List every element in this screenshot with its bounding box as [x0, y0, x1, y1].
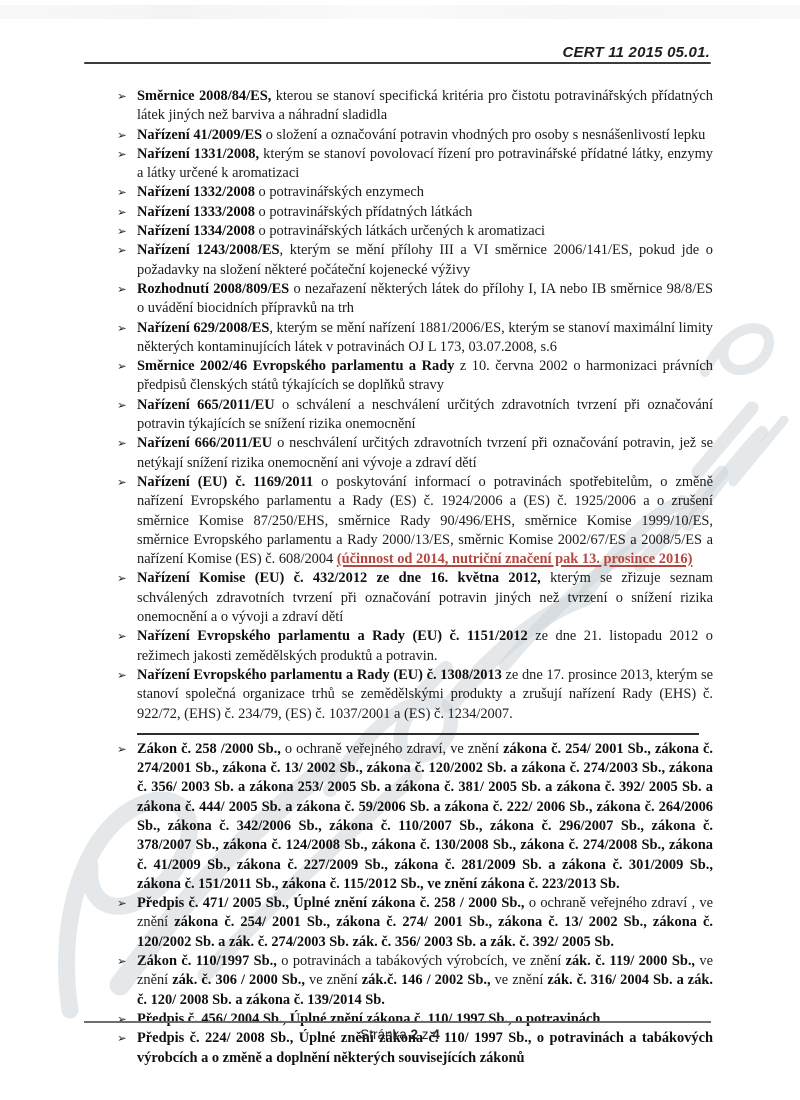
list-item: ➢Zákon č. 258 /2000 Sb., o ochraně veřej… — [118, 740, 713, 894]
text-segment: zák. č. 119/ 2000 Sb., — [566, 953, 695, 969]
list-item: ➢Nařízení Komise (EU) č. 432/2012 ze dne… — [118, 569, 713, 627]
list-item: ➢Nařízení 1334/2008 o potravinářských lá… — [118, 222, 713, 241]
text-segment: o složení a označování potravin vhodných… — [262, 127, 705, 143]
text-segment: Předpis č. 456/ 2004 Sb., Úplné znění zá… — [137, 1011, 600, 1027]
text-segment: zákona č. 254/ 2001 Sb., zákona č. 274/2… — [137, 741, 713, 892]
text-segment: Nařízení 1332/2008 — [137, 184, 255, 200]
list-item: ➢Nařízení 1331/2008, kterým se stanoví p… — [118, 145, 713, 184]
arrow-bullet-icon: ➢ — [117, 668, 127, 683]
arrow-bullet-icon: ➢ — [117, 629, 127, 644]
list-item: ➢Nařízení 666/2011/EU o neschválení urči… — [118, 434, 713, 473]
text-segment: o ochraně veřejného zdraví, ve znění — [281, 741, 503, 757]
list-item: ➢Nařízení (EU) č. 1169/2011 o poskytován… — [118, 473, 713, 569]
arrow-bullet-icon: ➢ — [117, 436, 127, 451]
arrow-bullet-icon: ➢ — [117, 128, 127, 143]
current-page-number: 2 — [410, 1027, 418, 1042]
list-item: ➢Nařízení 1333/2008 o potravinářských př… — [118, 203, 713, 222]
arrow-bullet-icon: ➢ — [117, 571, 127, 586]
text-segment: o potravinářských přídatných látkách — [255, 204, 472, 220]
document-page: CERT 11 2015 05.01. ➢Směrnice 2008/84/ES… — [0, 0, 800, 1100]
arrow-bullet-icon: ➢ — [117, 896, 127, 911]
list-item: ➢Nařízení 665/2011/EU o schválení a nesc… — [118, 396, 713, 435]
text-segment: Zákon č. 110/1997 Sb., — [137, 953, 277, 969]
total-page-number: 4 — [432, 1027, 440, 1042]
arrow-bullet-icon: ➢ — [117, 321, 127, 336]
arrow-bullet-icon: ➢ — [117, 147, 127, 162]
text-segment: zákona č. 254/ 2001 Sb., zákona č. 274/ … — [137, 914, 713, 949]
text-segment: o potravinářských látkách určených k aro… — [255, 223, 545, 239]
text-segment: Zákon č. 258 /2000 Sb., — [137, 741, 281, 757]
text-segment: Nařízení Evropského parlamentu a Rady (E… — [137, 628, 528, 644]
eu-legislation-list: ➢Směrnice 2008/84/ES, kterou se stanoví … — [118, 87, 713, 724]
page-indicator: Stránka 2 z 4 — [0, 1027, 800, 1042]
list-item: ➢Rozhodnutí 2008/809/ES o nezařazení něk… — [118, 280, 713, 319]
list-item: ➢Nařízení 41/2009/ES o složení a označov… — [118, 126, 713, 145]
text-segment: Nařízení Komise (EU) č. 432/2012 ze dne … — [137, 570, 541, 586]
text-segment: Nařízení 41/2009/ES — [137, 127, 262, 143]
text-segment: Nařízení 629/2008/ES — [137, 320, 269, 336]
text-segment: zák.č. 146 / 2002 Sb., — [362, 972, 491, 988]
arrow-bullet-icon: ➢ — [117, 398, 127, 413]
list-item: ➢Nařízení Evropského parlamentu a Rady (… — [118, 627, 713, 666]
arrow-bullet-icon: ➢ — [117, 185, 127, 200]
text-segment: Nařízení 1333/2008 — [137, 204, 255, 220]
arrow-bullet-icon: ➢ — [117, 475, 127, 490]
text-segment: Nařízení 666/2011/EU — [137, 435, 272, 451]
highlighted-note: (účinnost od 2014, nutriční značení pak … — [337, 551, 693, 567]
list-item: ➢Nařízení 1332/2008 o potravinářských en… — [118, 183, 713, 202]
list-item: ➢Nařízení 629/2008/ES, kterým se mění na… — [118, 319, 713, 358]
header-rule — [84, 62, 711, 64]
text-segment: o potravinářských enzymech — [255, 184, 424, 200]
text-segment: Nařízení 1331/2008, — [137, 146, 259, 162]
arrow-bullet-icon: ➢ — [117, 282, 127, 297]
arrow-bullet-icon: ➢ — [117, 243, 127, 258]
regulation-lists: ➢Směrnice 2008/84/ES, kterou se stanoví … — [118, 87, 713, 1068]
arrow-bullet-icon: ➢ — [117, 224, 127, 239]
list-item: ➢Předpis č. 471/ 2005 Sb., Úplné znění z… — [118, 894, 713, 952]
list-item: ➢Zákon č. 110/1997 Sb., o potravinách a … — [118, 952, 713, 1010]
text-segment: ve znění — [491, 972, 548, 988]
arrow-bullet-icon: ➢ — [117, 205, 127, 220]
footer-rule — [84, 1021, 711, 1023]
text-segment: Nařízení 665/2011/EU — [137, 397, 275, 413]
page-indicator-separator: z — [422, 1027, 429, 1042]
list-item: ➢Směrnice 2008/84/ES, kterou se stanoví … — [118, 87, 713, 126]
text-segment: Nařízení Evropského parlamentu a Rady (E… — [137, 667, 502, 683]
list-item: ➢Nařízení Evropského parlamentu a Rady (… — [118, 666, 713, 724]
text-segment: Rozhodnutí 2008/809/ES — [137, 281, 289, 297]
text-segment: ve znění — [305, 972, 362, 988]
text-segment: Nařízení 1243/2008/ES — [137, 242, 280, 258]
text-segment: o potravinách a tabákových výrobcích, ve… — [277, 953, 566, 969]
arrow-bullet-icon: ➢ — [117, 954, 127, 969]
arrow-bullet-icon: ➢ — [117, 742, 127, 757]
text-segment: Směrnice 2002/46 Evropského parlamentu a… — [137, 358, 454, 374]
section-divider — [137, 733, 699, 735]
scan-artifact-band — [0, 5, 800, 19]
text-segment: zák. č. 306 / 2000 Sb., — [172, 972, 305, 988]
arrow-bullet-icon: ➢ — [117, 1012, 127, 1027]
page-indicator-prefix: Stránka — [360, 1027, 407, 1042]
arrow-bullet-icon: ➢ — [117, 89, 127, 104]
text-segment: Směrnice 2008/84/ES, — [137, 88, 271, 104]
national-legislation-list: ➢Zákon č. 258 /2000 Sb., o ochraně veřej… — [118, 740, 713, 1068]
list-item: ➢Nařízení 1243/2008/ES, kterým se mění p… — [118, 241, 713, 280]
list-item: ➢Směrnice 2002/46 Evropského parlamentu … — [118, 357, 713, 396]
arrow-bullet-icon: ➢ — [117, 359, 127, 374]
text-segment: Předpis č. 471/ 2005 Sb., Úplné znění zá… — [137, 895, 525, 911]
document-code: CERT 11 2015 05.01. — [85, 44, 710, 61]
text-segment: Nařízení (EU) č. 1169/2011 — [137, 474, 313, 490]
text-segment: Nařízení 1334/2008 — [137, 223, 255, 239]
